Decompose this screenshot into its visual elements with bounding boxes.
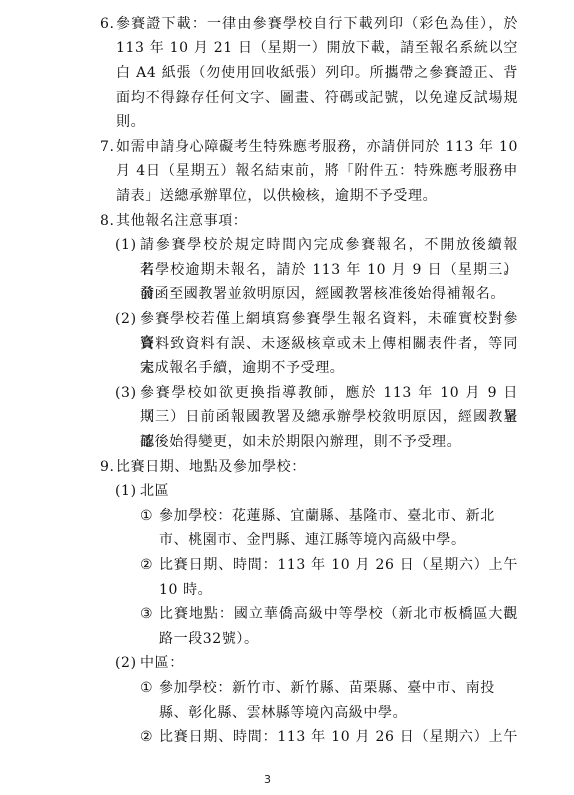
text-line: 月 4日（星期五）報名結束前，將「附件五：特殊應考服務申 [116,159,518,184]
text-line: 期三）日前函報國教署及總承辦學校敘明原因，經國教署確 [140,405,518,430]
sub-item-marker: (2) [115,651,137,676]
item-heading: 比賽日期、地點及參加學校： [116,455,518,480]
sub-item-marker: (1) [115,233,137,258]
page-number: 3 [264,772,271,788]
circled-number-marker: ③ [140,602,153,627]
item-number: 7. [100,135,115,160]
text-line: 若學校逾期未報名，請於 113 年 10 月 9 日（星期三）前 [140,258,518,283]
text-line: 請表」送總承辦單位，以供檢核，逾期不予受理。 [116,184,518,209]
text-line: 參加學校：新竹市、新竹縣、苗栗縣、臺中市、南投 [159,676,518,701]
circled-number-marker: ② [140,725,153,750]
text-line: 10 時。 [159,578,518,603]
text-line: 市、桃園市、金門縣、連江縣等境內高級中學。 [159,528,518,553]
text-line: 參賽學校若僅上網填寫參賽學生報名資料，未確實校對參賽 [140,307,518,332]
sub-item-marker: (2) [115,307,137,332]
text-line: 完成報名手續，逾期不予受理。 [140,356,518,381]
text-line: 資料致資料有誤、未逐級核章或未上傳相關表件者，等同未 [140,332,518,357]
text-line: 發函至國教署並敘明原因，經國教署核准後始得補報名。 [140,282,518,307]
text-line: 請參賽學校於規定時間內完成參賽報名，不開放後續報名。 [140,233,518,258]
region-heading-central: 中區： [140,651,518,676]
text-line: 比賽地點：國立華僑高級中等學校（新北市板橋區大觀 [159,602,518,627]
circled-number-marker: ① [140,676,153,701]
sub-item-marker: (1) [115,479,137,504]
item-number: 6. [100,12,115,37]
text-line: 縣、彰化縣、雲林縣等境內高級中學。 [159,701,518,726]
region-heading-north: 北區 [140,479,518,504]
item-heading: 其他報名注意事項： [116,209,518,234]
text-line: 113 年 10 月 21 日（星期一）開放下載，請至報名系統以空 [116,36,518,61]
sub-item-marker: (3) [115,381,137,406]
document-page: 6. 參賽證下載：一律由參賽學校自行下載列印（彩色為佳），於 113 年 10 … [0,0,574,795]
text-line: 路一段32號）。 [159,627,518,652]
text-line: 則。 [116,110,518,135]
text-line: 如需申請身心障礙考生特殊應考服務，亦請併同於 113 年 10 [116,135,518,160]
text-line: 白 A4 紙張（勿使用回收紙張）列印。所攜帶之參賽證正、背 [116,61,518,86]
item-number: 8. [100,209,115,234]
text-line: 比賽日期、時間：113 年 10 月 26 日（星期六）上午 [159,725,518,750]
circled-number-marker: ② [140,553,153,578]
circled-number-marker: ① [140,504,153,529]
text-line: 參賽學校如欲更換指導教師，應於 113 年 10 月 9 日（星 [140,381,518,406]
item-number: 9. [100,455,115,480]
text-line: 參賽證下載：一律由參賽學校自行下載列印（彩色為佳），於 [116,12,518,37]
text-line: 面均不得錄存任何文字、圖畫、符碼或記號，以免違反試場規 [116,86,518,111]
text-line: 比賽日期、時間：113 年 10 月 26 日（星期六）上午 [159,553,518,578]
text-line: 參加學校：花蓮縣、宜蘭縣、基隆市、臺北市、新北 [159,504,518,529]
text-line: 認後始得變更，如未於期限內辦理，則不予受理。 [140,430,518,455]
